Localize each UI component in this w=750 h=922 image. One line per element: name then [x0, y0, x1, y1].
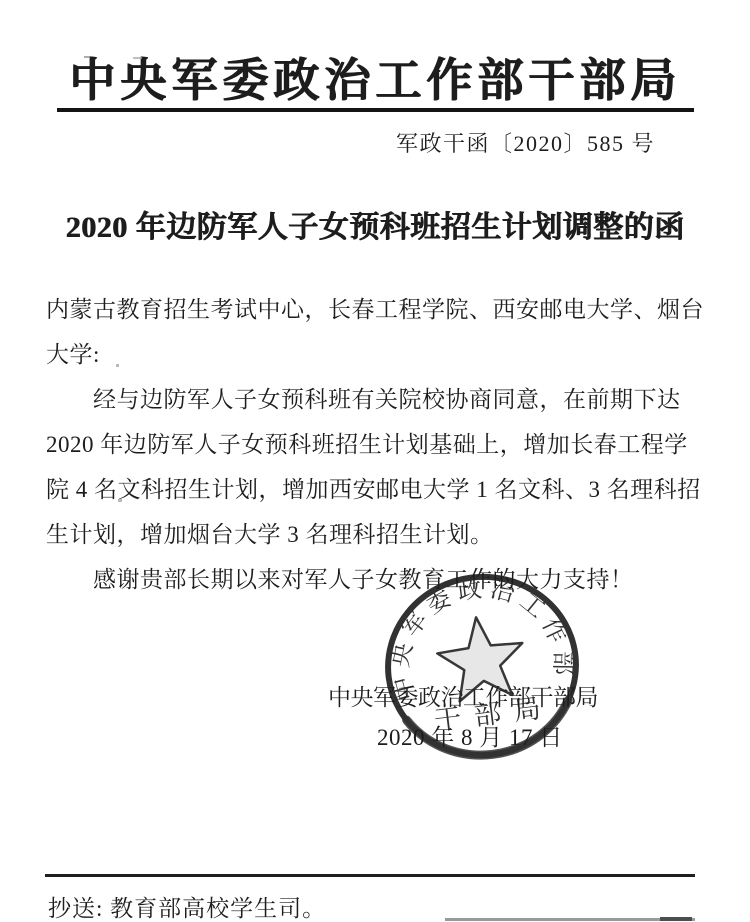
body-line: 院 4 名文科招生计划，增加西安邮电大学 1 名文科、3 名理科招 — [46, 467, 710, 512]
letter-title: 2020 年边防军人子女预科班招生计划调整的函 — [0, 202, 750, 246]
body-line: 2020 年边防军人子女预科班招生计划基础上，增加长春工程学 — [46, 422, 710, 467]
scanned-letter-page: 中央军委政治工作部干部局 军政干函〔2020〕585 号 2020 年边防军人子… — [0, 0, 750, 922]
body-line: 生计划，增加烟台大学 3 名理科招生计划。 — [46, 512, 710, 557]
body-line: 经与边防军人子女预科班有关院校协商同意，在前期下达 — [46, 377, 710, 422]
signature-org-name: 中央军委政治工作部干部局 — [328, 679, 598, 712]
body-line: 大学: — [46, 332, 710, 377]
scan-speck — [84, 56, 90, 58]
letter-body: 内蒙古教育招生考试中心，长春工程学院、西安邮电大学、烟台 大学: 经与边防军人子… — [46, 287, 710, 602]
scan-speck — [133, 57, 142, 59]
document-reference-number: 军政干函〔2020〕585 号 — [396, 127, 655, 158]
cc-recipients-line: 抄送: 教育部高校学生司。 — [48, 890, 326, 922]
footer-divider-rule — [45, 874, 695, 877]
body-line: 感谢贵部长期以来对军人子女教育工作的大力支持！ — [46, 557, 710, 602]
body-line: 内蒙古教育招生考试中心，长春工程学院、西安邮电大学、烟台 — [46, 287, 710, 332]
signature-date: 2020 年 8 月 17 日 — [377, 719, 563, 752]
bottom-edge-partial-rule-dark-segment — [660, 917, 692, 921]
scan-speck — [116, 364, 119, 367]
bottom-edge-partial-rule — [445, 918, 695, 921]
header-divider-rule — [57, 108, 694, 112]
issuing-org-title: 中央军委政治工作部干部局 — [0, 44, 750, 110]
scan-speck — [118, 499, 122, 502]
